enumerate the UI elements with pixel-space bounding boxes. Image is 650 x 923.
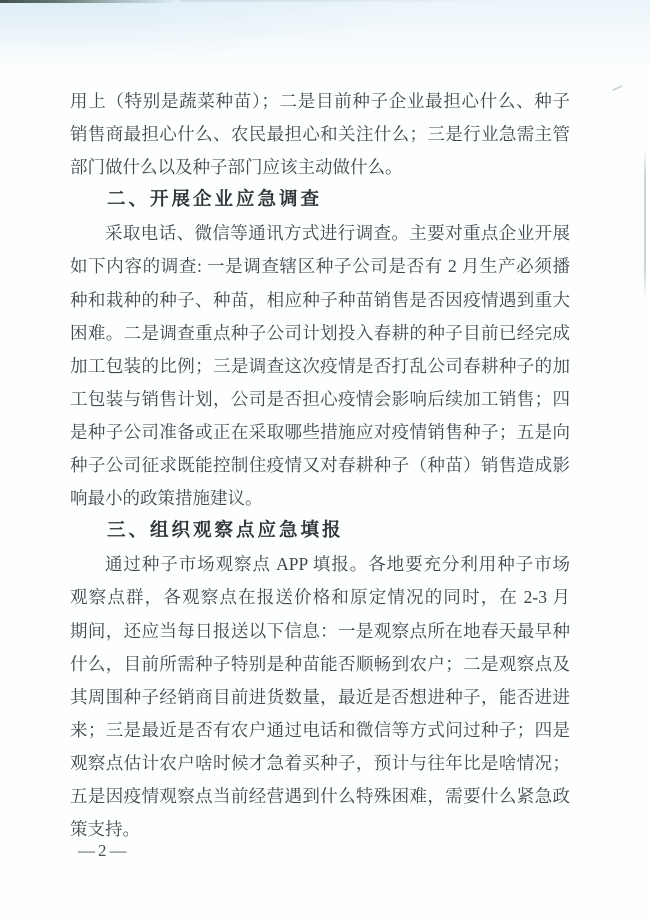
scan-artifact-top-edge-faint <box>180 0 520 2</box>
scan-tint-corner <box>0 0 420 60</box>
text-line: 响最小的政策措施建议。 <box>70 482 570 515</box>
text-line: 加工包装的比例；三是调查这次疫情是否打乱公司春耕种子的加 <box>70 350 570 383</box>
text-line: 观察点估计农户啥时候才急着买种子，预计与往年比是啥情况； <box>70 747 570 780</box>
scan-artifact-top-edge <box>0 0 180 3</box>
text-line: 五是因疫情观察点当前经营遇到什么特殊困难，需要什么紧急政 <box>70 780 570 813</box>
section-heading: 二、开展企业应急调查 <box>70 184 570 217</box>
page-number: —2— <box>78 841 130 861</box>
text-line: 期间，还应当每日报送以下信息：一是观察点所在地春天最早种 <box>70 615 570 648</box>
scan-tint-top <box>0 0 650 72</box>
section-heading: 三、组织观察点应急填报 <box>70 515 570 548</box>
text-line: 通过种子市场观察点 APP 填报。各地要充分利用种子市场 <box>70 548 570 581</box>
text-line: 困难。二是调查重点种子公司计划投入春耕的种子目前已经完成 <box>70 317 570 350</box>
document-body: 用上（特别是蔬菜种苗）；二是目前种子企业最担心什么、种子销售商最担心什么、农民最… <box>70 85 570 846</box>
text-line: 销售商最担心什么、农民最担心和关注什么；三是行业急需主管 <box>70 118 570 151</box>
text-line: 如下内容的调查: 一是调查辖区种子公司是否有 2 月生产必须播 <box>70 250 570 283</box>
text-line: 工包装与销售计划，公司是否担心疫情会影响后续加工销售；四 <box>70 383 570 416</box>
text-line: 其周围种子经销商目前进货数量，最近是否想进种子，能否进进 <box>70 681 570 714</box>
text-line: 什么，目前所需种子特别是种苗能否顺畅到农户；二是观察点及 <box>70 648 570 681</box>
scanned-page: 用上（特别是蔬菜种苗）；二是目前种子企业最担心什么、种子销售商最担心什么、农民最… <box>0 0 650 923</box>
text-line: 种子公司征求既能控制住疫情又对春耕种子（种苗）销售造成影 <box>70 449 570 482</box>
text-line: 种和栽种的种子、种苗，相应种子种苗销售是否因疫情遇到重大 <box>70 284 570 317</box>
text-line: 用上（特别是蔬菜种苗）；二是目前种子企业最担心什么、种子 <box>70 85 570 118</box>
text-line: 采取电话、微信等通讯方式进行调查。主要对重点企业开展 <box>70 217 570 250</box>
scan-artifact-right-edge <box>644 148 646 298</box>
text-line: 部门做什么以及种子部门应该主动做什么。 <box>70 151 570 184</box>
text-line: 来；三是最近是否有农户通过电话和微信等方式问过种子；四是 <box>70 714 570 747</box>
text-line: 策支持。 <box>70 813 570 846</box>
scan-artifact-speck <box>612 85 623 91</box>
text-line: 是种子公司准备或正在采取哪些措施应对疫情销售种子；五是向 <box>70 416 570 449</box>
text-line: 观察点群，各观察点在报送价格和原定情况的同时，在 2-3 月 <box>70 581 570 614</box>
